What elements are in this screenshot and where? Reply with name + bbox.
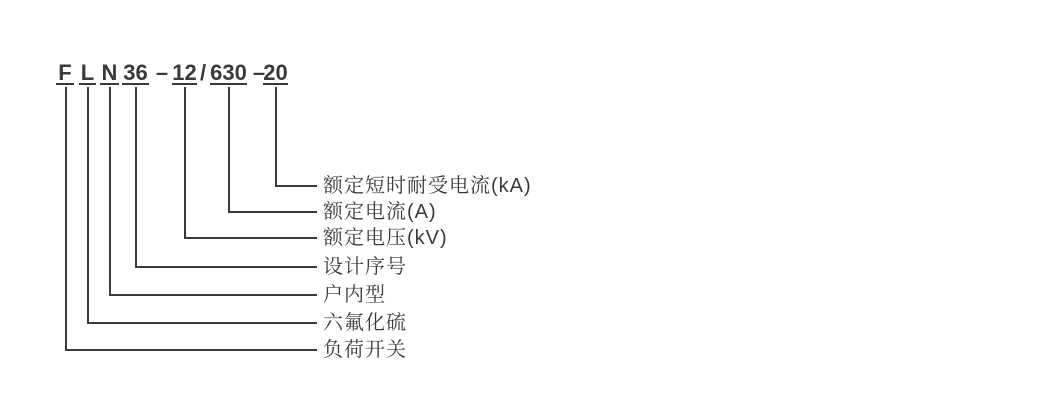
code-separator-slash: / [198,62,208,85]
connector-horizontal-f [65,349,317,351]
connector-vertical-n [109,87,111,296]
connector-horizontal-36 [135,266,317,268]
connector-horizontal-l [87,322,317,324]
code-segment-630: 630 [210,62,247,85]
code-segment-12: 12 [172,62,197,85]
model-designation-diagram: F L N 36 – 12 / 630 – 20 额定短时耐受电流(kA) 额定… [0,0,1046,412]
connector-horizontal-12 [184,237,317,239]
connector-vertical-20 [275,87,277,187]
label-design-serial-number: 设计序号 [323,256,407,278]
label-sulfur-hexafluoride: 六氟化硫 [323,312,407,334]
code-segment-l: L [79,62,96,85]
label-indoor-type: 户内型 [323,284,386,306]
connector-vertical-630 [228,87,230,213]
connector-vertical-l [87,87,89,324]
connector-horizontal-20 [275,185,317,187]
code-segment-36: 36 [122,62,149,85]
connector-vertical-12 [184,87,186,239]
label-rated-current: 额定电流(A) [323,201,437,223]
connector-horizontal-n [109,294,317,296]
code-segment-20: 20 [263,62,288,85]
label-rated-short-time-withstand-current: 额定短时耐受电流(kA) [323,175,532,197]
label-load-switch: 负荷开关 [323,339,407,361]
connector-vertical-36 [135,87,137,268]
connector-vertical-f [65,87,67,351]
label-rated-voltage: 额定电压(kV) [323,227,448,249]
code-segment-n: N [100,62,119,85]
code-segment-f: F [56,62,74,85]
code-separator-dash-1: – [154,62,170,85]
connector-horizontal-630 [228,211,317,213]
